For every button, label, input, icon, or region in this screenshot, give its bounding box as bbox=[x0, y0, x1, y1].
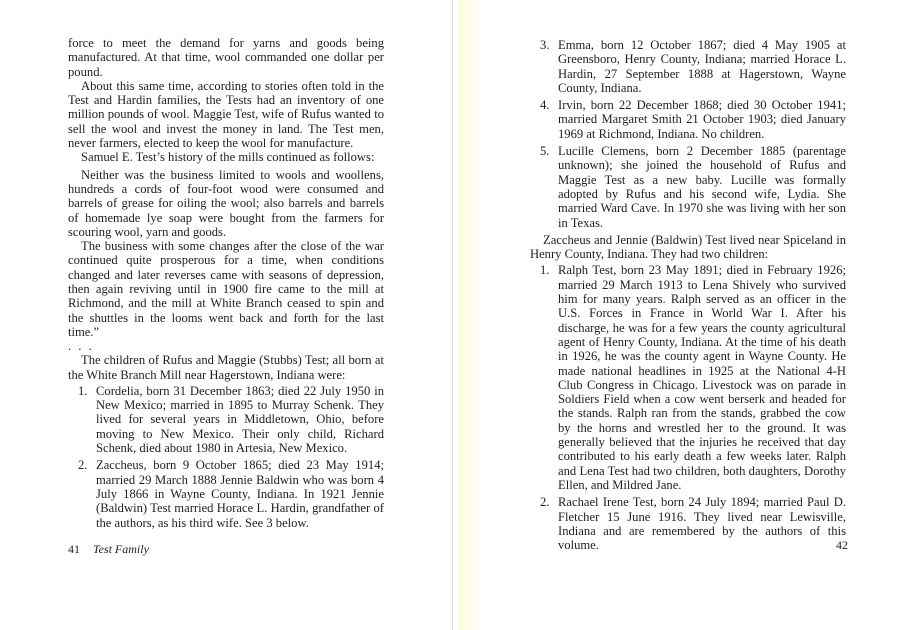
list-number: 2. bbox=[78, 458, 87, 472]
list-item: 2. Rachael Irene Test, born 24 July 1894… bbox=[530, 495, 846, 552]
list-text: Rachael Irene Test, born 24 July 1894; m… bbox=[558, 495, 846, 552]
list-text: Cordelia, born 31 December 1863; died 22… bbox=[96, 384, 384, 455]
left-page: force to meet the demand for yarns and g… bbox=[68, 36, 384, 533]
quote-paragraph: Neither was the business limited to wool… bbox=[68, 168, 384, 239]
zaccheus-intro: Zaccheus and Jennie (Baldwin) Test lived… bbox=[530, 233, 846, 262]
right-page: 3. Emma, born 12 October 1867; died 4 Ma… bbox=[530, 36, 846, 555]
list-number: 5. bbox=[540, 144, 549, 158]
right-folio: 42 bbox=[836, 538, 848, 553]
left-folio: 41 Test Family bbox=[68, 542, 149, 557]
page-number: 42 bbox=[836, 538, 848, 552]
list-number: 2. bbox=[540, 495, 549, 509]
list-item: 2. Zaccheus, born 9 October 1865; died 2… bbox=[68, 458, 384, 529]
book-spread: force to meet the demand for yarns and g… bbox=[0, 0, 920, 630]
ellipsis: . . . bbox=[68, 339, 384, 353]
paragraph: About this same time, according to stori… bbox=[68, 79, 384, 150]
zaccheus-children-list: 1. Ralph Test, born 23 May 1891; died in… bbox=[530, 263, 846, 552]
list-text: Emma, born 12 October 1867; died 4 May 1… bbox=[558, 38, 846, 95]
list-text: Lucille Clemens, born 2 December 1885 (p… bbox=[558, 144, 846, 229]
gutter-shadow bbox=[458, 0, 484, 630]
children-list: 1. Cordelia, born 31 December 1863; died… bbox=[68, 384, 384, 530]
list-item: 1. Ralph Test, born 23 May 1891; died in… bbox=[530, 263, 846, 492]
list-number: 3. bbox=[540, 38, 549, 52]
list-number: 4. bbox=[540, 98, 549, 112]
paragraph: force to meet the demand for yarns and g… bbox=[68, 36, 384, 79]
paragraph: Samuel E. Test’s history of the mills co… bbox=[68, 150, 384, 164]
list-number: 1. bbox=[78, 384, 87, 398]
children-list-continued: 3. Emma, born 12 October 1867; died 4 Ma… bbox=[530, 38, 846, 230]
list-item: 3. Emma, born 12 October 1867; died 4 Ma… bbox=[530, 38, 846, 95]
quote-paragraph: The business with some changes after the… bbox=[68, 239, 384, 339]
list-text: Ralph Test, born 23 May 1891; died in Fe… bbox=[558, 263, 846, 491]
list-number: 1. bbox=[540, 263, 549, 277]
list-item: 5. Lucille Clemens, born 2 December 1885… bbox=[530, 144, 846, 230]
list-item: 4. Irvin, born 22 December 1868; died 30… bbox=[530, 98, 846, 141]
page-edge-divider bbox=[452, 0, 453, 630]
page-number: 41 bbox=[68, 542, 80, 556]
list-item: 1. Cordelia, born 31 December 1863; died… bbox=[68, 384, 384, 455]
running-title: Test Family bbox=[93, 542, 149, 556]
list-text: Zaccheus, born 9 October 1865; died 23 M… bbox=[96, 458, 384, 529]
list-text: Irvin, born 22 December 1868; died 30 Oc… bbox=[558, 98, 846, 141]
children-intro: The children of Rufus and Maggie (Stubbs… bbox=[68, 353, 384, 382]
